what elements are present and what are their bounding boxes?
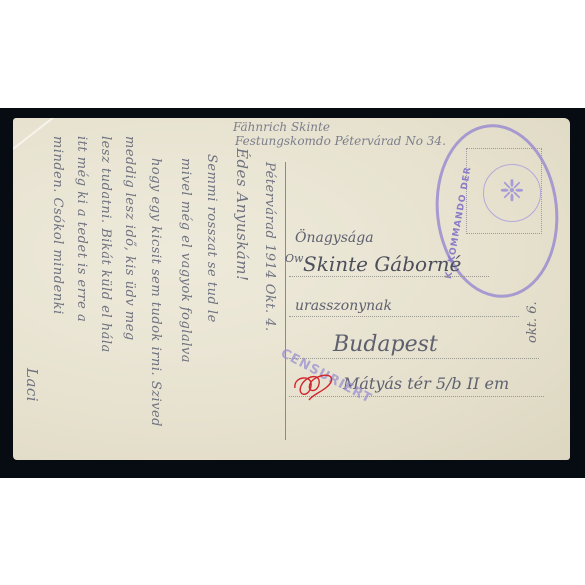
sender-line-2: Festungskomdo Pétervárad No 34. bbox=[235, 134, 446, 148]
address-rule bbox=[289, 358, 539, 359]
message-line: minden. Csókol mindenki bbox=[50, 136, 65, 315]
postcard: Fähnrich Skinte Festungskomdo Pétervárad… bbox=[13, 118, 570, 460]
message-line: mivel még el vagyok foglalva bbox=[178, 158, 193, 363]
side-date-note: okt. 6. bbox=[525, 301, 540, 343]
address-rule bbox=[289, 276, 489, 277]
message-line: itt még ki a tedet is erre a bbox=[74, 136, 89, 322]
message-place-date: Pétervárad 1914 Okt. 4. bbox=[262, 162, 277, 332]
sender-line-1: Fähnrich Skinte bbox=[233, 120, 330, 134]
address-line-1: Önagysága bbox=[295, 230, 374, 246]
message-signature: Laci bbox=[23, 368, 41, 402]
message-line: lesz tudatni. Bikát küld el hála bbox=[98, 136, 113, 353]
address-line-4: Budapest bbox=[333, 332, 438, 357]
address-line-3: urasszonynak bbox=[295, 298, 392, 314]
message-greeting: Édes Anyuskám! bbox=[233, 148, 251, 282]
card-divider bbox=[285, 162, 286, 440]
red-scribble-mark bbox=[291, 368, 339, 406]
address-line-2: Skinte Gáborné bbox=[303, 252, 461, 276]
message-line: Semmi rosszat se tud le bbox=[204, 154, 219, 323]
address-rule bbox=[289, 316, 519, 317]
message-line: meddig lesz idő, kis üdv meg bbox=[122, 136, 137, 341]
address-prefix: Ow bbox=[285, 252, 303, 265]
message-line: hogy egy kicsit sem tudok irni. Szived bbox=[148, 158, 163, 427]
